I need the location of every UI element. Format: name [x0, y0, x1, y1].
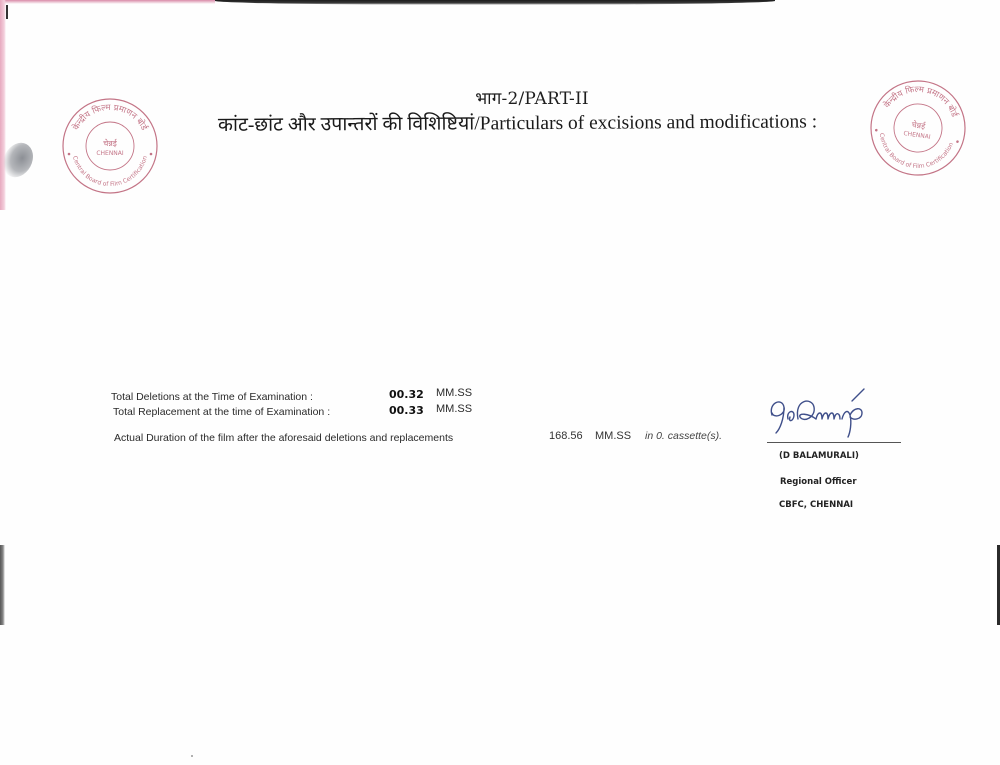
part-heading: भाग-2/PART-II: [0, 86, 1000, 109]
scan-mark: [6, 5, 8, 19]
actual-duration-value: 168.56: [549, 430, 583, 442]
signatory-name: (D BALAMURALI): [779, 451, 859, 461]
deletions-unit: MM.SS: [436, 387, 472, 399]
replacement-value: 00.33: [389, 404, 424, 417]
officer-signature: [764, 385, 894, 441]
deletions-label: Total Deletions at the Time of Examinati…: [111, 391, 313, 403]
signature-line: [767, 442, 901, 443]
cbfc-seal-stamp-left: केन्द्रीय फिल्म प्रमाणन बोर्ड Central Bo…: [60, 96, 160, 196]
actual-duration-label: Actual Duration of the film after the af…: [114, 432, 453, 444]
stamp-center-english: CHENNAI: [903, 130, 931, 141]
replacement-label: Total Replacement at the time of Examina…: [113, 406, 330, 418]
svg-text:Central Board of Film Certific: Central Board of Film Certification: [71, 155, 149, 188]
scan-dot: [191, 755, 193, 757]
deletions-value: 00.32: [389, 388, 424, 401]
replacement-unit: MM.SS: [436, 403, 472, 415]
cassette-count: in 0. cassette(s).: [645, 430, 722, 442]
scan-edge-left-grey: [0, 545, 5, 625]
scan-edge-top-pink: [0, 0, 215, 4]
actual-duration-unit: MM.SS: [595, 430, 631, 442]
stamp-outer-english: Central Board of Film Certification: [71, 155, 149, 188]
stamp-center-hindi: चेन्नई: [103, 138, 118, 148]
section-title: कांट-छांट और उपान्तरों की विशिष्टियां/Pa…: [218, 106, 817, 137]
signatory-title: Regional Officer: [780, 477, 857, 487]
certificate-page: केन्द्रीय फिल्म प्रमाणन बोर्ड Central Bo…: [0, 0, 1000, 765]
signatory-office: CBFC, CHENNAI: [779, 500, 853, 510]
stamp-center-hindi: चेन्नई: [911, 119, 927, 131]
scan-edge-top: [215, 0, 775, 5]
stamp-center-english: CHENNAI: [96, 150, 124, 157]
